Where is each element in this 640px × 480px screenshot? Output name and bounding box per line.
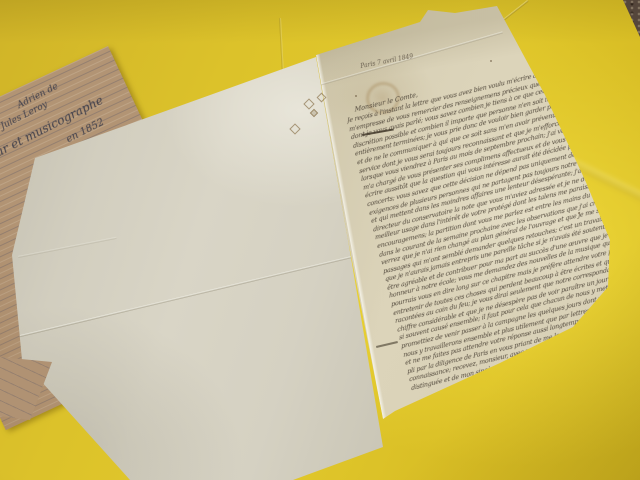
- letter-dateline: Paris 7 avril 1849: [360, 53, 414, 70]
- ink-stroke: [376, 341, 398, 348]
- fold-crease: [18, 237, 117, 258]
- paper-crease: [279, 18, 284, 74]
- ink-speck: [355, 95, 357, 97]
- photo-of-manuscript-letter: Adrien de Jules Leroy compositeur et mus…: [0, 0, 640, 480]
- ink-speck: [490, 60, 492, 62]
- fold-crease: [16, 250, 378, 338]
- ink-speck: [578, 212, 580, 214]
